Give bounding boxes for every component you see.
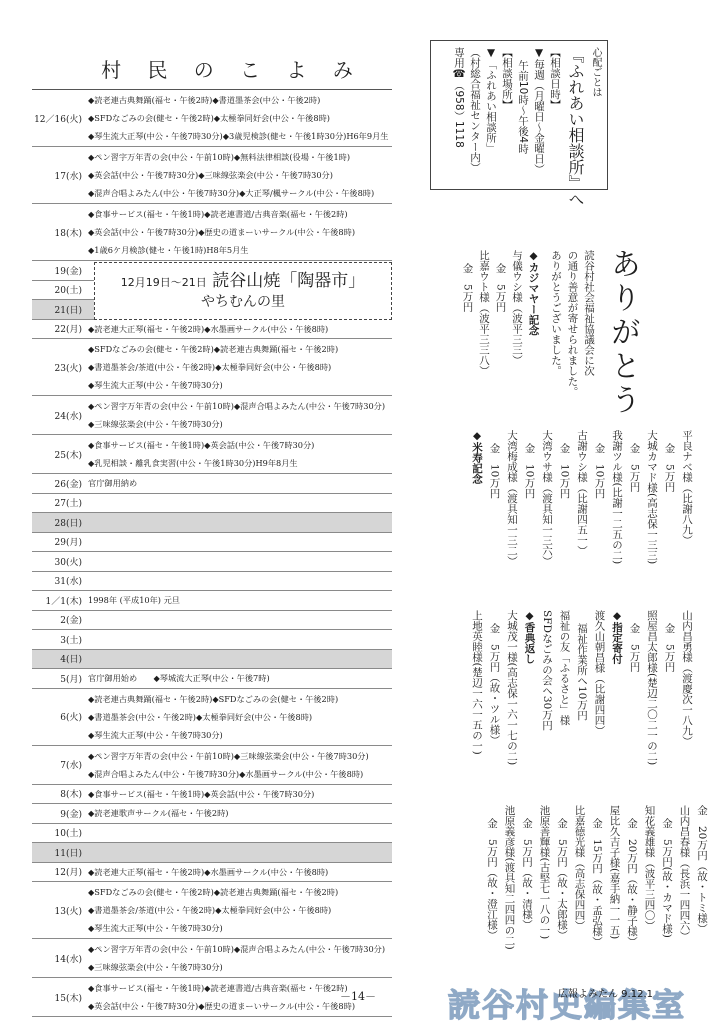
day-label: 9(金) (32, 807, 88, 820)
day-events: ◆食事サービス(福セ・午後1時)◆英会話(中公・午後7時30分)◆乳児相談・離乳… (88, 435, 392, 473)
donor-amount: 金 5万円（故・清様） (518, 805, 536, 985)
calendar-day-row: 3(土) (32, 630, 392, 650)
calendar-day-row: 28(日) (32, 513, 392, 533)
donor-amount: 金 5万円 (459, 250, 476, 455)
calendar-event: ◆三味線弦楽会(中公・午後7時30分) (88, 415, 392, 433)
day-events: ◆読老連大正琴(福セ・午後2時)◆水墨画サークル(中公・午後8時) (88, 319, 392, 339)
day-label: 14(水) (32, 952, 88, 965)
day-events: ◆読老連古典舞踊(福セ・午後2時)◆書道墨茶会(中公・午後2時)◆SFDなごみの… (88, 90, 392, 146)
day-label: 18(木) (32, 226, 88, 239)
day-label: 11(日) (32, 846, 88, 859)
section-heading: ◆米寿記念 (468, 430, 486, 610)
koden-section: 金 20万円（故・トミ様） 山内昌春様（長浜一四四六） 金 5万円(故・カマド様… (420, 805, 710, 985)
calendar-day-row: 5(月)官庁御用始め ◆琴城流大正琴(中公・午後7時) (32, 669, 392, 689)
day-label: 20(土) (32, 283, 88, 296)
calendar-day-row: 27(土) (32, 494, 392, 514)
calendar-title: 村 民 の こ よ み (72, 54, 392, 83)
day-events: 1998年 (平成10年) 元旦 (88, 590, 392, 610)
calendar-day-row: 24(水)◆ペン習字万年青の会(中公・午前10時)◆混声合唱よみたん(中公・午後… (32, 396, 392, 435)
day-label: 19(金) (32, 264, 88, 277)
day-label: 8(木) (32, 787, 88, 800)
donor-name: 渡久山朝昌様（比謝四四） (590, 610, 608, 800)
calendar-event: ◆読老連大正琴(福セ・午後2時)◆水墨画サークル(中公・午後8時) (88, 320, 392, 338)
day-events: ◆SFDなごみの会(健セ・午後2時)◆読老連古典舞踊(福セ・午後2時)◆書道墨茶… (88, 339, 392, 395)
calendar-day-row: 9(金)◆読老連歌声サークル(福セ・午後2時) (32, 804, 392, 824)
consult-headline: 『ふれあい相談所』へ (563, 47, 587, 183)
calendar-event: ◆英会話(中公・午後7時30分)◆三味線弦楽会(中公・午後7時30分) (88, 166, 392, 184)
day-label: 10(土) (32, 826, 88, 839)
calendar-day-row: 31(水) (32, 572, 392, 592)
day-label: 7(水) (32, 758, 88, 771)
donor-name: 大湾ウサ様（渡具知一三六） (538, 430, 556, 610)
day-events: ◆読老連大正琴(福セ・午後2時)◆水墨画サークル(中公・午後8時) (88, 862, 392, 882)
calendar-event: ◆食事サービス(福セ・午後1時)◆読老連書道/古典音楽(福セ・午後2時) (88, 205, 392, 223)
consult-place-line: ▼「ふれあい相談所」 (483, 47, 499, 183)
donor-name: 池原義彦様(渡具知二四四の二) (500, 805, 518, 985)
pottery-fair-banner: 12月19日～21日 読谷山焼「陶器市」 やちむんの里 (94, 262, 392, 320)
calendar-day-row: 18(木)◆食事サービス(福セ・午後1時)◆読老連書道/古典音楽(福セ・午後2時… (32, 204, 392, 261)
consult-date-heading: 【相談日時】 (547, 47, 563, 183)
calendar-event: ◆混声合唱よみたん(中公・午後7時30分)◆大正琴/楓サークル(中公・午後8時) (88, 184, 392, 202)
day-label: 3(土) (32, 633, 88, 646)
consult-place-sub: （村総合福祉センター内） (467, 47, 483, 183)
donor-amount: 金 10万円 (555, 430, 573, 610)
day-events: 官庁御用始め ◆琴城流大正琴(中公・午後7時) (88, 668, 392, 688)
day-events (88, 580, 392, 582)
day-events (88, 832, 392, 834)
donor-amount: 金 5万円（故・ツル様） (485, 610, 503, 800)
calendar-day-row: 8(木)◆食事サービス(福セ・午後1時)◆英会話(中公・午後7時30分) (32, 785, 392, 805)
donor-amount: 金 15万円（故・孟弘様） (588, 805, 606, 985)
day-label: 13(火) (32, 904, 88, 917)
donor-amount: 金 10万円 (485, 430, 503, 610)
donor-name: 屋比久吉子様(嘉手納一一五) (605, 805, 623, 985)
calendar-event: ◆琴生流大正琴(中公・午後7時30分) (88, 726, 392, 744)
calendar-event: ◆SFDなごみの会(健セ・午後2時)◆太極拳同好会(中公・午後8時) (88, 109, 392, 127)
thanks-message-line: の通り善意が寄せられました。 (564, 250, 581, 455)
calendar-event: ◆英会話(中公・午後7時30分)◆歴史の道まーいサークル(中公・午後8時) (88, 223, 392, 241)
calendar-event: ◆書道墨茶会/茶道(中公・午後2時)◆太極拳同好会(中公・午後8時) (88, 901, 392, 919)
donor-name: 我謝ツル様(比謝一二五の二) (608, 430, 626, 610)
day-label: 22(月) (32, 322, 88, 335)
calendar-event: ◆ペン習字万年青の会(中公・午前10時)◆混声合唱よみたん(中公・午後7時30分… (88, 940, 392, 958)
donor-name: 与儀ウシ様（波平三三） (509, 250, 526, 455)
donor-name: 大城カマド様(高志保一三三) (643, 430, 661, 610)
day-events (88, 658, 392, 660)
donor-amount: 金 10万円 (590, 430, 608, 610)
donor-amount: 金 5万円(故・カマド様) (658, 805, 676, 985)
donor-amount: 金 5万円 (660, 430, 678, 610)
calendar-event: ◆混声合唱よみたん(中公・午後7時30分)◆水墨画サークル(中公・午後8時) (88, 765, 392, 783)
banner-dates: 12月19日～21日 (121, 276, 207, 289)
consult-time-line: 午前10時～午後4時 (515, 47, 531, 183)
beiju-section: 平良ナベ様（比謝八九） 金 5万円 大城カマド様(高志保一三三) 金 5万円 我… (395, 430, 695, 610)
consult-phone: 専用☎（958）1118 (451, 47, 467, 183)
calendar-day-row: 26(金)官庁御用納め (32, 474, 392, 494)
day-events: ◆食事サービス(福セ・午後1時)◆英会話(中公・午後7時30分) (88, 784, 392, 804)
day-label: 12(月) (32, 865, 88, 878)
calendar-event: ◆琴生流大正琴(中公・午後7時30分)◆3歳児検診(健セ・午後1時30分)H6年… (88, 127, 392, 145)
thanks-message-and-kajimaya: 読谷村社会福祉協議会に次 の通り善意が寄せられました。 ありがとうございました。… (392, 250, 597, 455)
calendar-day-row: 7(水)◆ペン習字万年青の会(中公・午前10時)◆三味線弦楽会(中公・午後7時3… (32, 746, 392, 785)
calendar-event: ◆1歳6ケ月検診(健セ・午後1時)H8年5月生 (88, 241, 392, 259)
calendar: 村 民 の こ よ み 12／16(火)◆読老連古典舞踊(福セ・午後2時)◆書道… (32, 52, 392, 1017)
day-events: ◆ペン習字万年青の会(中公・午前10時)◆無料法律相談(役場・午後1時)◆英会話… (88, 147, 392, 203)
issue-label: 広報よみたん 9.12.1 (558, 985, 653, 1000)
calendar-event: ◆ペン習字万年青の会(中公・午前10時)◆無料法律相談(役場・午後1時) (88, 148, 392, 166)
day-label: 15(木) (32, 991, 88, 1004)
calendar-day-row: 11(日) (32, 843, 392, 863)
calendar-event: ◆読老連古典舞踊(福セ・午後2時)◆書道墨茶会(中公・午後2時) (88, 91, 392, 109)
calendar-event: ◆読老連歌声サークル(福セ・午後2時) (88, 804, 392, 822)
day-label: 21(日) (32, 303, 88, 316)
day-label: 17(水) (32, 169, 88, 182)
designated-donation-section: 山内昌勇様（渡慶次一八九） 金 5万円 照屋昌太郎様(楚辺二〇二一の二) 金 5… (395, 610, 695, 800)
calendar-event: 官庁御用納め (88, 474, 392, 492)
donor-name: 上地英睦様(楚辺一六一五の一) (468, 610, 486, 800)
day-events (88, 560, 392, 562)
section-heading: ◆指定寄付 (608, 610, 626, 800)
day-events (88, 541, 392, 543)
donor-amount: 金 5万円（故・澄江様） (483, 805, 501, 985)
day-events (88, 619, 392, 621)
calendar-day-row: 22(月)◆読老連大正琴(福セ・午後2時)◆水墨画サークル(中公・午後8時) (32, 320, 392, 340)
calendar-event: ◆読老連大正琴(福セ・午後2時)◆水墨画サークル(中公・午後8時) (88, 863, 392, 881)
calendar-day-row: 29(月) (32, 533, 392, 553)
donor-name: 古謝ウシ様（比謝四五一） (573, 430, 591, 610)
calendar-event: ◆読老連古典舞踊(福セ・午後2時)◆SFDなごみの会(健セ・午後2時) (88, 690, 392, 708)
calendar-day-row: 14(水)◆ペン習字万年青の会(中公・午前10時)◆混声合唱よみたん(中公・午後… (32, 939, 392, 978)
day-label: 26(金) (32, 477, 88, 490)
donor-amount: 金 5万円（故・太郎様） (553, 805, 571, 985)
donor-amount: 金 20万円（故・トミ様） (693, 805, 711, 985)
day-events: ◆読老連歌声サークル(福セ・午後2時) (88, 803, 392, 823)
calendar-day-row: 1／1(木)1998年 (平成10年) 元旦 (32, 591, 392, 611)
calendar-day-row: 17(水)◆ペン習字万年青の会(中公・午前10時)◆無料法律相談(役場・午後1時… (32, 147, 392, 204)
calendar-day-row: 12(月)◆読老連大正琴(福セ・午後2時)◆水墨画サークル(中公・午後8時) (32, 863, 392, 883)
donor-amount: 金 5万円 (625, 610, 643, 800)
calendar-event: 1998年 (平成10年) 元旦 (88, 591, 392, 609)
calendar-event: ◆三味線弦楽会(中公・午後7時30分) (88, 958, 392, 976)
donor-name: 福祉の友「ふるさと」様 (555, 610, 573, 800)
donor-amount: 金 5万円 (625, 430, 643, 610)
consult-place-heading: 【相談場所】 (499, 47, 515, 183)
day-label: 2(金) (32, 613, 88, 626)
day-events: ◆ペン習字万年青の会(中公・午前10時)◆三味線弦楽会(中公・午後7時30分)◆… (88, 746, 392, 784)
consult-date-line: ▼毎週（月曜日～金曜日） (531, 47, 547, 183)
calendar-day-row: 12／16(火)◆読老連古典舞踊(福セ・午後2時)◆書道墨茶会(中公・午後2時)… (32, 90, 392, 147)
thanks-message-line: 読谷村社会福祉協議会に次 (581, 250, 598, 455)
donor-name: 平良ナベ様（比謝八九） (678, 430, 696, 610)
day-events (88, 521, 392, 523)
donor-name: 大城茂一様(高志保一六一七の二) (503, 610, 521, 800)
day-label: 30(火) (32, 555, 88, 568)
day-label: 23(火) (32, 361, 88, 374)
donor-name: 比嘉徳光様（高志保四四） (570, 805, 588, 985)
donor-name: SFDなごみの会へ30万円 (538, 610, 556, 800)
day-events (88, 851, 392, 853)
day-events: ◆ペン習字万年青の会(中公・午前10時)◆混声合唱よみたん(中公・午後7時30分… (88, 939, 392, 977)
day-label: 28(日) (32, 516, 88, 529)
calendar-event: ◆書道墨茶会/茶道(中公・午後2時)◆太極拳同好会(中公・午後8時) (88, 358, 392, 376)
calendar-event: ◆琴生流大正琴(中公・午後7時30分) (88, 919, 392, 937)
calendar-event: ◆乳児相談・離乳食実習(中公・午後1時30分)H9年8月生 (88, 454, 392, 472)
thanks-title: ありがとう (600, 248, 644, 418)
calendar-event: ◆食事サービス(福セ・午後1時)◆英会話(中公・午後7時30分) (88, 436, 392, 454)
donor-name: 山内昌春様（長浜一四四六） (675, 805, 693, 985)
calendar-event: ◆ペン習字万年青の会(中公・午前10時)◆混声合唱よみたん(中公・午後7時30分… (88, 397, 392, 415)
day-label: 29(月) (32, 535, 88, 548)
calendar-day-row: 10(土) (32, 824, 392, 844)
consultation-box: 心配ごとは 『ふれあい相談所』へ 【相談日時】 ▼毎週（月曜日～金曜日） 午前1… (430, 40, 608, 190)
section-heading: ◆香典返し (520, 610, 538, 800)
donor-name: 比嘉ウト様（波平三三八） (476, 250, 493, 455)
day-events (88, 502, 392, 504)
donor-name: 山内昌勇様（渡慶次一八九） (678, 610, 696, 800)
banner-place: やちむんの里 (95, 291, 391, 311)
day-label: 27(土) (32, 496, 88, 509)
day-events: ◆SFDなごみの会(健セ・午後2時)◆読老連古典舞踊(福セ・午後2時)◆書道墨茶… (88, 882, 392, 938)
donor-amount: 金 5万円 (492, 250, 509, 455)
page-number: －14－ (340, 988, 376, 1004)
consult-intro: 心配ごとは (587, 47, 603, 183)
day-label: 24(水) (32, 409, 88, 422)
calendar-day-row: 6(火)◆読老連古典舞踊(福セ・午後2時)◆SFDなごみの会(健セ・午後2時)◆… (32, 689, 392, 746)
calendar-event: ◆食事サービス(福セ・午後1時)◆英会話(中公・午後7時30分) (88, 785, 392, 803)
section-heading: ◆カジマヤー記念 (525, 250, 542, 455)
donor-amount: 金 5万円 (660, 610, 678, 800)
day-label: 25(木) (32, 448, 88, 461)
calendar-day-row: 25(木)◆食事サービス(福セ・午後1時)◆英会話(中公・午後7時30分)◆乳児… (32, 435, 392, 474)
donor-name: 知花義雄様（波平三四〇） (640, 805, 658, 985)
donor-name: 池原善輝様(古堅七一八の一) (535, 805, 553, 985)
day-label: 4(日) (32, 652, 88, 665)
calendar-body: 12／16(火)◆読老連古典舞踊(福セ・午後2時)◆書道墨茶会(中公・午後2時)… (32, 89, 392, 1017)
donor-name: 照屋昌太郎様(楚辺二〇二一の二) (643, 610, 661, 800)
calendar-event: 官庁御用始め ◆琴城流大正琴(中公・午後7時) (88, 669, 392, 687)
donor-amount: 金 10万円 (520, 430, 538, 610)
donor-name: 大湾梅成様（渡具知一三二） (503, 430, 521, 610)
calendar-day-row: 4(日) (32, 650, 392, 670)
banner-title: 読谷山焼「陶器市」 (212, 271, 365, 291)
calendar-event: ◆書道墨茶会(中公・午後2時)◆太極拳同好会(中公・午後8時) (88, 708, 392, 726)
calendar-event: ◆SFDなごみの会(健セ・午後2時)◆読老連古典舞踊(福セ・午後2時) (88, 883, 392, 901)
calendar-day-row: 30(火) (32, 552, 392, 572)
day-label: 1／1(木) (32, 594, 88, 607)
calendar-event: ◆琴生流大正琴(中公・午後7時30分) (88, 376, 392, 394)
thanks-message-line: ありがとうございました。 (548, 250, 565, 455)
calendar-day-row: 13(火)◆SFDなごみの会(健セ・午後2時)◆読老連古典舞踊(福セ・午後2時)… (32, 882, 392, 939)
day-events: ◆食事サービス(福セ・午後1時)◆読老連書道/古典音楽(福セ・午後2時)◆英会話… (88, 204, 392, 260)
day-label: 5(月) (32, 672, 88, 685)
day-label: 6(火) (32, 710, 88, 723)
calendar-day-row: 2(金) (32, 611, 392, 631)
calendar-event: ◆SFDなごみの会(健セ・午後2時)◆読老連古典舞踊(福セ・午後2時) (88, 340, 392, 358)
day-label: 31(水) (32, 574, 88, 587)
day-events: 官庁御用納め (88, 473, 392, 493)
calendar-event: ◆ペン習字万年青の会(中公・午前10時)◆三味線弦楽会(中公・午後7時30分) (88, 747, 392, 765)
day-events: ◆読老連古典舞踊(福セ・午後2時)◆SFDなごみの会(健セ・午後2時)◆書道墨茶… (88, 689, 392, 745)
day-events (88, 638, 392, 640)
donor-amount: 金 20万円（故・静子様） (623, 805, 641, 985)
calendar-day-row: 15(木)◆食事サービス(福セ・午後1時)◆読老連書道/古典音楽(福セ・午後2時… (32, 978, 392, 1017)
calendar-day-row: 23(火)◆SFDなごみの会(健セ・午後2時)◆読老連古典舞踊(福セ・午後2時)… (32, 339, 392, 396)
donor-amount: 福祉作業所へ10万円 (573, 610, 591, 800)
day-label: 12／16(火) (32, 112, 88, 125)
day-events: ◆ペン習字万年青の会(中公・午前10時)◆混声合唱よみたん(中公・午後7時30分… (88, 396, 392, 434)
